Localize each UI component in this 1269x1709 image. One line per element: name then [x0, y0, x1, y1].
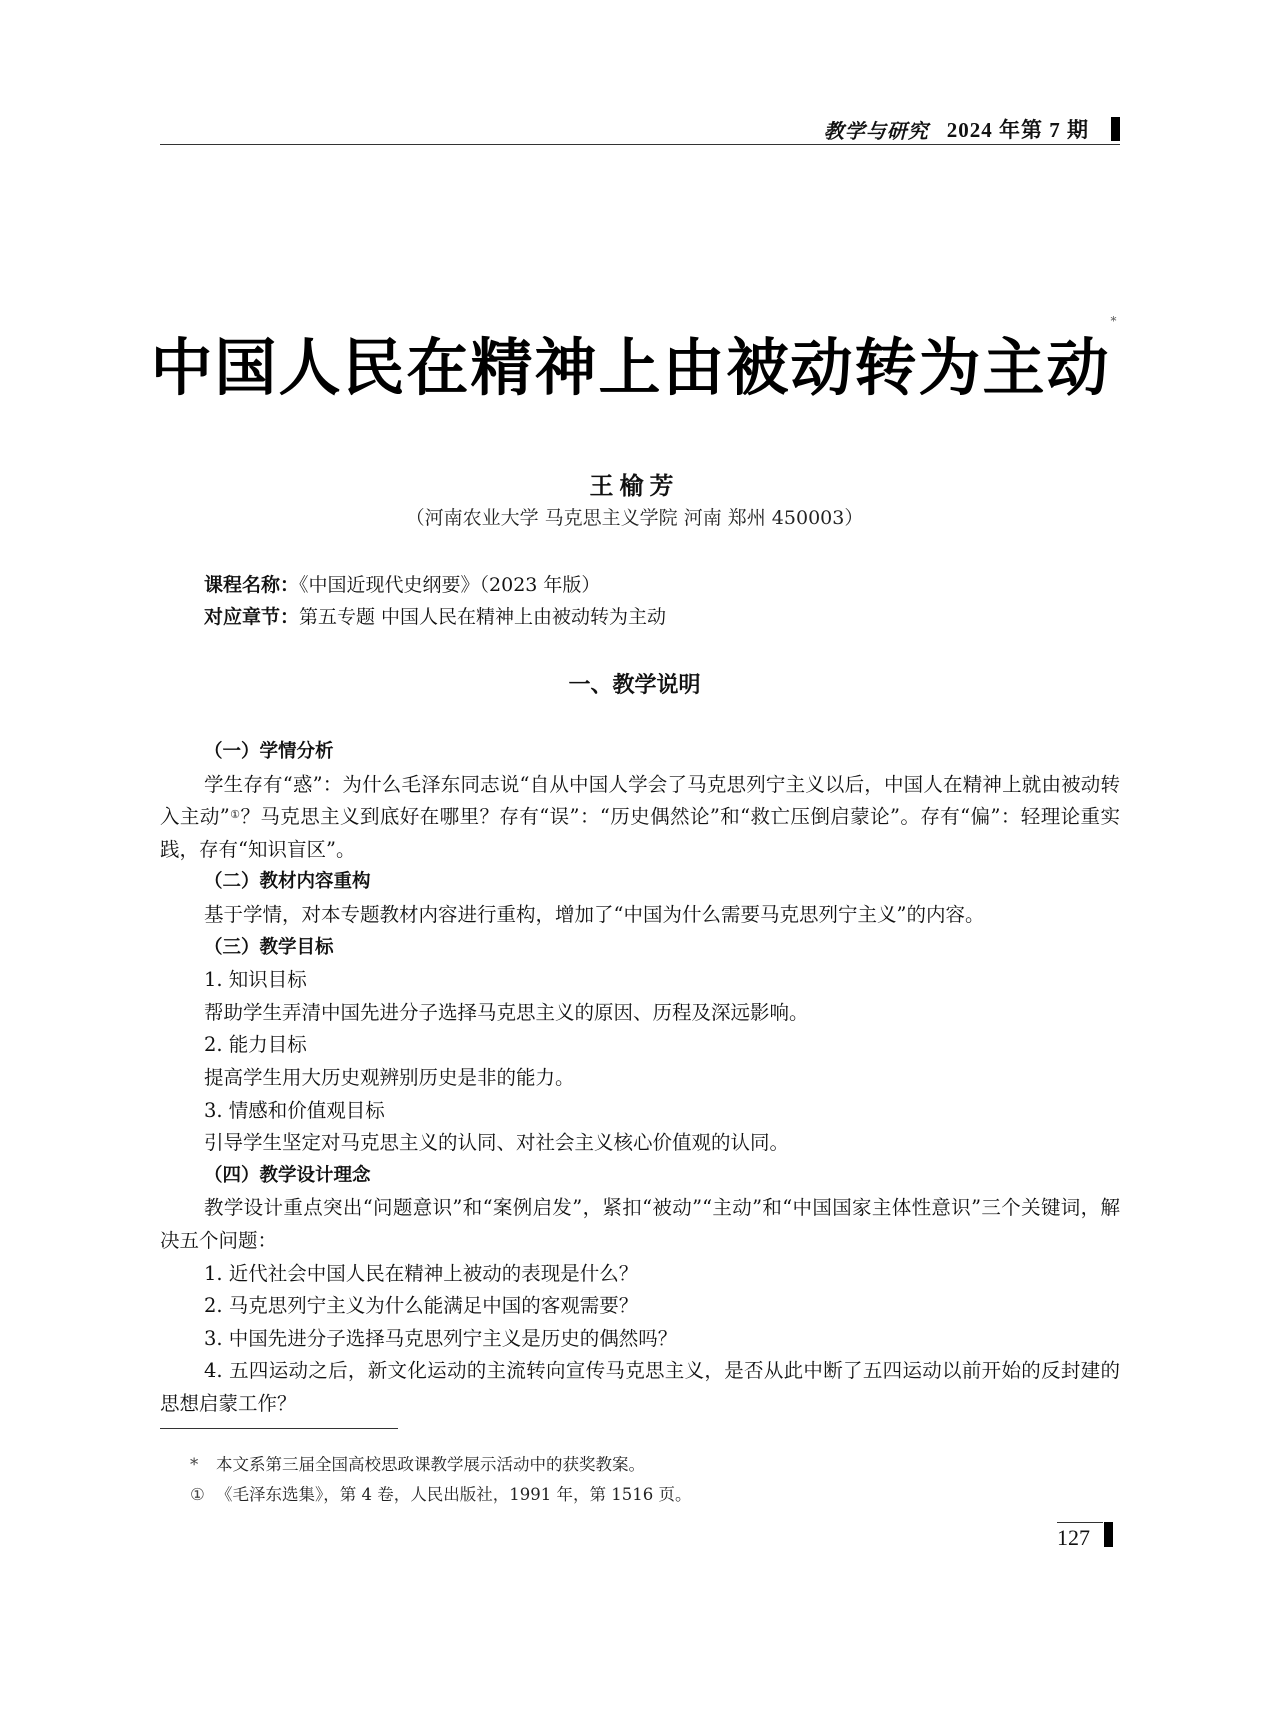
footnote-divider — [160, 1428, 398, 1429]
section-heading: 一、教学说明 — [0, 668, 1269, 699]
paragraph-text: ？马克思主义到底好在哪里？存有“误”：“历史偶然论”和“救亡压倒启蒙论”。存有“… — [160, 805, 1120, 861]
chapter-info: 对应章节：第五专题 中国人民在精神上由被动转为主动 — [204, 602, 666, 629]
goal-text: 帮助学生弄清中国先进分子选择马克思主义的原因、历程及深远影响。 — [160, 997, 1120, 1030]
subsection-heading-4: （四）教学设计理念 — [160, 1160, 1120, 1193]
subsection-heading-2: （二）教材内容重构 — [160, 866, 1120, 899]
footnote-text: 《毛泽东选集》，第 4 卷，人民出版社，1991 年，第 1516 页。 — [216, 1485, 691, 1504]
course-label: 课程名称： — [204, 574, 299, 596]
goal-text: 引导学生坚定对马克思主义的认同、对社会主义核心价值观的认同。 — [160, 1127, 1120, 1160]
question-item: 3. 中国先进分子选择马克思列宁主义是历史的偶然吗？ — [160, 1323, 1120, 1356]
course-value: 《中国近现代史纲要》（2023 年版） — [299, 574, 600, 596]
goal-title: 3. 情感和价值观目标 — [160, 1095, 1120, 1128]
journal-name: 教学与研究 — [824, 115, 929, 144]
question-item: 2. 马克思列宁主义为什么能满足中国的客观需要？ — [160, 1290, 1120, 1323]
running-header: 教学与研究 2024 年第 7 期 — [160, 112, 1120, 145]
paragraph-design-concept: 教学设计重点突出“问题意识”和“案例启发”，紧扣“被动”“主动”和“中国国家主体… — [160, 1192, 1120, 1257]
page-bar-mark — [1104, 1522, 1113, 1547]
footnote-text: 本文系第三届全国高校思政课教学展示活动中的获奖教案。 — [216, 1455, 645, 1474]
footnote-mark: * — [190, 1450, 216, 1480]
goal-title: 2. 能力目标 — [160, 1029, 1120, 1062]
course-info: 课程名称：《中国近现代史纲要》（2023 年版） — [204, 570, 600, 597]
header-bar-mark — [1111, 117, 1120, 141]
subsection-heading-3: （三）教学目标 — [160, 932, 1120, 965]
header-right: 教学与研究 2024 年第 7 期 — [824, 114, 1120, 144]
chapter-value: 第五专题 中国人民在精神上由被动转为主动 — [299, 606, 666, 628]
article-title: 中国人民在精神上由被动转为主动* — [0, 318, 1269, 407]
footnote-mark: ① — [190, 1480, 216, 1510]
subsection-heading-1: （一）学情分析 — [160, 736, 1120, 769]
page-number: 127 — [1057, 1522, 1103, 1551]
issue-label: 2024 年第 7 期 — [947, 114, 1089, 144]
footnote-item: *本文系第三届全国高校思政课教学展示活动中的获奖教案。 — [190, 1450, 691, 1480]
article-title-text: 中国人民在精神上由被动转为主动 — [150, 331, 1110, 404]
goal-text: 提高学生用大历史观辨别历史是非的能力。 — [160, 1062, 1120, 1095]
question-item: 4. 五四运动之后，新文化运动的主流转向宣传马克思主义，是否从此中断了五四运动以… — [160, 1355, 1120, 1420]
chapter-label: 对应章节： — [204, 606, 299, 628]
footnotes: *本文系第三届全国高校思政课教学展示活动中的获奖教案。 ①《毛泽东选集》，第 4… — [190, 1450, 691, 1510]
footnote-item: ①《毛泽东选集》，第 4 卷，人民出版社，1991 年，第 1516 页。 — [190, 1480, 691, 1510]
question-item: 1. 近代社会中国人民在精神上被动的表现是什么？ — [160, 1258, 1120, 1291]
paragraph-content-restructure: 基于学情，对本专题教材内容进行重构，增加了“中国为什么需要马克思列宁主义”的内容… — [160, 899, 1120, 932]
author-affiliation: （河南农业大学 马克思主义学院 河南 郑州 450003） — [0, 503, 1269, 530]
goal-title: 1. 知识目标 — [160, 964, 1120, 997]
footnote-ref-1[interactable]: ① — [230, 808, 241, 821]
paragraph-learning-analysis: 学生存有“惑”：为什么毛泽东同志说“自从中国人学会了马克思列宁主义以后，中国人在… — [160, 769, 1120, 867]
title-footnote-mark: * — [1111, 314, 1119, 328]
author-name: 王榆芳 — [0, 466, 1269, 501]
article-body: （一）学情分析 学生存有“惑”：为什么毛泽东同志说“自从中国人学会了马克思列宁主… — [160, 736, 1120, 1420]
